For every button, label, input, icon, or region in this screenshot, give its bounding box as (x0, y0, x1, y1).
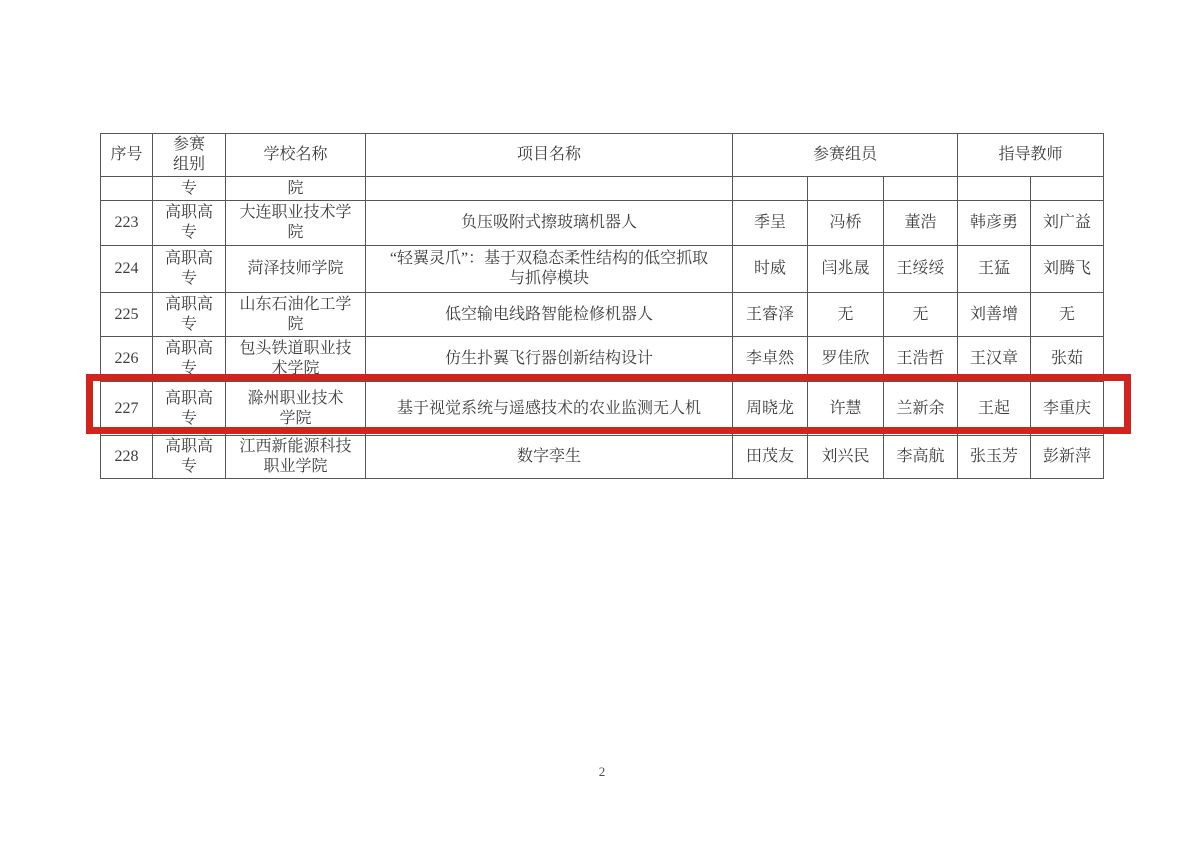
cell-member-2: 罗佳欣 (808, 337, 884, 382)
table-row: 224 高职高 专 菏泽技师学院 “轻翼灵爪”：基于双稳态柔性结构的低空抓取 与… (101, 246, 1104, 293)
table-row: 223 高职高 专 大连职业技术学 院 负压吸附式擦玻璃机器人 季呈 冯桥 董浩… (101, 201, 1104, 246)
page-number: 2 (0, 764, 1204, 780)
cell-teacher-1: 王汉章 (958, 337, 1031, 382)
cell-group: 高职高 专 (153, 382, 226, 436)
cell-index (101, 177, 153, 201)
cell-teacher-1: 韩彦勇 (958, 201, 1031, 246)
cell-teacher-2: 张茹 (1031, 337, 1104, 382)
cell-index: 224 (101, 246, 153, 293)
cell-member-3: 无 (884, 293, 958, 337)
cell-index: 228 (101, 436, 153, 479)
cell-member-1 (733, 177, 808, 201)
cell-member-2 (808, 177, 884, 201)
cell-project: “轻翼灵爪”：基于双稳态柔性结构的低空抓取 与抓停模块 (366, 246, 733, 293)
cell-member-1: 田茂友 (733, 436, 808, 479)
cell-index: 223 (101, 201, 153, 246)
cell-school: 山东石油化工学 院 (226, 293, 366, 337)
cell-group: 高职高 专 (153, 337, 226, 382)
cell-school: 江西新能源科技 职业学院 (226, 436, 366, 479)
cell-school: 菏泽技师学院 (226, 246, 366, 293)
cell-member-1: 王睿泽 (733, 293, 808, 337)
table-row: 228 高职高 专 江西新能源科技 职业学院 数字孪生 田茂友 刘兴民 李高航 … (101, 436, 1104, 479)
cell-teacher-2: 李重庆 (1031, 382, 1104, 436)
cell-member-3: 兰新余 (884, 382, 958, 436)
cell-school: 滁州职业技术 学院 (226, 382, 366, 436)
cell-teacher-2: 无 (1031, 293, 1104, 337)
cell-member-2: 无 (808, 293, 884, 337)
cell-group: 高职高 专 (153, 246, 226, 293)
table-row: 226 高职高 专 包头铁道职业技 术学院 仿生扑翼飞行器创新结构设计 李卓然 … (101, 337, 1104, 382)
cell-member-3 (884, 177, 958, 201)
cell-project: 低空输电线路智能检修机器人 (366, 293, 733, 337)
cell-teacher-2 (1031, 177, 1104, 201)
cell-member-2: 刘兴民 (808, 436, 884, 479)
table-row: 225 高职高 专 山东石油化工学 院 低空输电线路智能检修机器人 王睿泽 无 … (101, 293, 1104, 337)
cell-teacher-1: 刘善增 (958, 293, 1031, 337)
cell-member-2: 冯桥 (808, 201, 884, 246)
header-members: 参赛组员 (733, 134, 958, 177)
cell-member-3: 王绥绥 (884, 246, 958, 293)
header-teachers: 指导教师 (958, 134, 1104, 177)
cell-group: 专 (153, 177, 226, 201)
cell-group: 高职高 专 (153, 201, 226, 246)
cell-teacher-1: 王起 (958, 382, 1031, 436)
cell-project (366, 177, 733, 201)
header-group: 参赛 组别 (153, 134, 226, 177)
cell-teacher-1: 王猛 (958, 246, 1031, 293)
document-page: 序号 参赛 组别 学校名称 项目名称 参赛组员 指导教师 专 院 223 高职高… (0, 0, 1204, 852)
cell-member-1: 时威 (733, 246, 808, 293)
cell-member-3: 王浩哲 (884, 337, 958, 382)
results-table: 序号 参赛 组别 学校名称 项目名称 参赛组员 指导教师 专 院 223 高职高… (100, 133, 1104, 479)
header-school: 学校名称 (226, 134, 366, 177)
cell-project: 数字孪生 (366, 436, 733, 479)
cell-member-2: 闫兆晟 (808, 246, 884, 293)
cell-index: 227 (101, 382, 153, 436)
cell-index: 226 (101, 337, 153, 382)
cell-member-2: 许慧 (808, 382, 884, 436)
cell-school: 院 (226, 177, 366, 201)
cell-teacher-2: 刘腾飞 (1031, 246, 1104, 293)
cell-school: 包头铁道职业技 术学院 (226, 337, 366, 382)
cell-member-1: 季呈 (733, 201, 808, 246)
cell-project: 基于视觉系统与遥感技术的农业监测无人机 (366, 382, 733, 436)
table-header-row: 序号 参赛 组别 学校名称 项目名称 参赛组员 指导教师 (101, 134, 1104, 177)
cell-teacher-2: 彭新萍 (1031, 436, 1104, 479)
cell-member-3: 董浩 (884, 201, 958, 246)
header-index: 序号 (101, 134, 153, 177)
cell-member-1: 周晓龙 (733, 382, 808, 436)
cell-group: 高职高 专 (153, 436, 226, 479)
cell-school: 大连职业技术学 院 (226, 201, 366, 246)
carryover-row: 专 院 (101, 177, 1104, 201)
cell-group: 高职高 专 (153, 293, 226, 337)
cell-teacher-1 (958, 177, 1031, 201)
cell-member-3: 李高航 (884, 436, 958, 479)
cell-index: 225 (101, 293, 153, 337)
header-project: 项目名称 (366, 134, 733, 177)
cell-teacher-1: 张玉芳 (958, 436, 1031, 479)
cell-member-1: 李卓然 (733, 337, 808, 382)
cell-teacher-2: 刘广益 (1031, 201, 1104, 246)
cell-project: 负压吸附式擦玻璃机器人 (366, 201, 733, 246)
cell-project: 仿生扑翼飞行器创新结构设计 (366, 337, 733, 382)
table-row-highlighted: 227 高职高 专 滁州职业技术 学院 基于视觉系统与遥感技术的农业监测无人机 … (101, 382, 1104, 436)
